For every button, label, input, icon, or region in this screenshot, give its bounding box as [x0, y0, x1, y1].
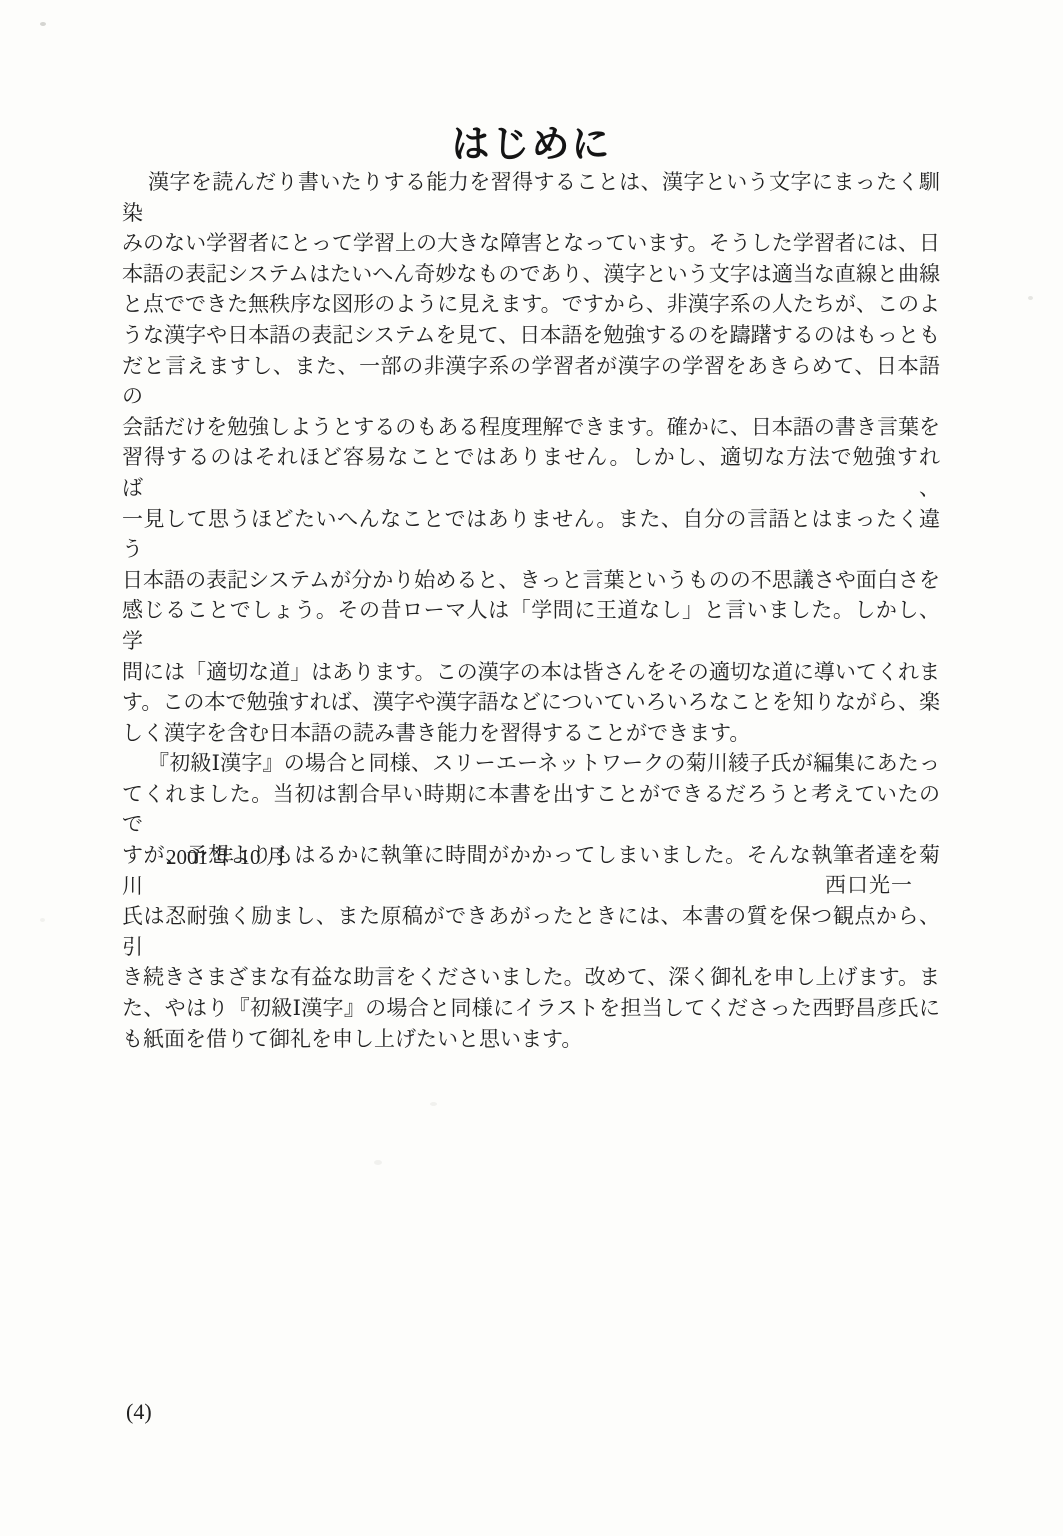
text-line: す。この本で勉強すれば、漢字や漢字語などについていろいろなことを知りながら、楽	[122, 687, 940, 718]
preface-body: 漢字を読んだり書いたりする能力を習得することは、漢字という文字にまったく馴染みの…	[122, 167, 940, 1054]
text-line: しく漢字を含む日本語の読み書き能力を習得することができます。	[122, 718, 940, 749]
text-line: 『初級Ⅰ漢字』の場合と同様、スリーエーネットワークの菊川綾子氏が編集にあたっ	[122, 748, 940, 779]
text-line: と点でできた無秩序な図形のように見えます。ですから、非漢字系の人たちが、このよ	[122, 289, 940, 320]
scanned-book-page: はじめに 漢字を読んだり書いたりする能力を習得することは、漢字という文字にまった…	[0, 0, 1063, 1536]
scan-speck	[374, 1160, 382, 1165]
text-line: 感じることでしょう。その昔ローマ人は「学問に王道なし」と言いました。しかし、学	[122, 595, 940, 656]
text-line: も紙面を借りて御礼を申し上げたいと思います。	[122, 1024, 940, 1055]
text-line: 本語の表記システムはたいへん奇妙なものであり、漢字という文字は適当な直線と曲線	[122, 259, 940, 290]
text-line: き続きさまざまな有益な助言をくださいました。改めて、深く御礼を申し上げます。ま	[122, 962, 940, 993]
text-line: た、やはり『初級Ⅰ漢字』の場合と同様にイラストを担当してくださった西野昌彦氏に	[122, 993, 940, 1024]
text-line: 習得するのはそれほど容易なことではありません。しかし、適切な方法で勉強すれば、	[122, 442, 940, 503]
text-line: 漢字を読んだり書いたりする能力を習得することは、漢字という文字にまったく馴染	[122, 167, 940, 228]
scan-speck	[430, 1102, 437, 1106]
text-line: 氏は忍耐強く励まし、また原稿ができあがったときには、本書の質を保つ観点から、引	[122, 901, 940, 962]
paragraph-2: 『初級Ⅰ漢字』の場合と同様、スリーエーネットワークの菊川綾子氏が編集にあたってく…	[122, 748, 940, 1054]
scan-speck	[1028, 296, 1033, 300]
author-signature: 西口光一	[825, 869, 913, 899]
scan-speck	[40, 918, 45, 922]
date-line: 2001 年 10 月	[166, 841, 287, 871]
text-line: みのない学習者にとって学習上の大きな障害となっています。そうした学習者には、日	[122, 228, 940, 259]
scan-speck	[40, 22, 46, 26]
page-number: (4)	[126, 1399, 152, 1425]
text-line: うな漢字や日本語の表記システムを見て、日本語を勉強するのを躊躇するのはもっとも	[122, 320, 940, 351]
text-line: だと言えますし、また、一部の非漢字系の学習者が漢字の学習をあきらめて、日本語の	[122, 351, 940, 412]
text-line: 会話だけを勉強しようとするのもある程度理解できます。確かに、日本語の書き言葉を	[122, 412, 940, 443]
text-line: 問には「適切な道」はあります。この漢字の本は皆さんをその適切な道に導いてくれま	[122, 657, 940, 688]
paragraph-1: 漢字を読んだり書いたりする能力を習得することは、漢字という文字にまったく馴染みの…	[122, 167, 940, 748]
text-line: 一見して思うほどたいへんなことではありません。また、自分の言語とはまったく違う	[122, 504, 940, 565]
text-line: てくれました。当初は割合早い時期に本書を出すことができるだろうと考えていたので	[122, 779, 940, 840]
text-line: 日本語の表記システムが分かり始めると、きっと言葉というものの不思議さや面白さを	[122, 565, 940, 596]
page-title: はじめに	[0, 113, 1063, 168]
